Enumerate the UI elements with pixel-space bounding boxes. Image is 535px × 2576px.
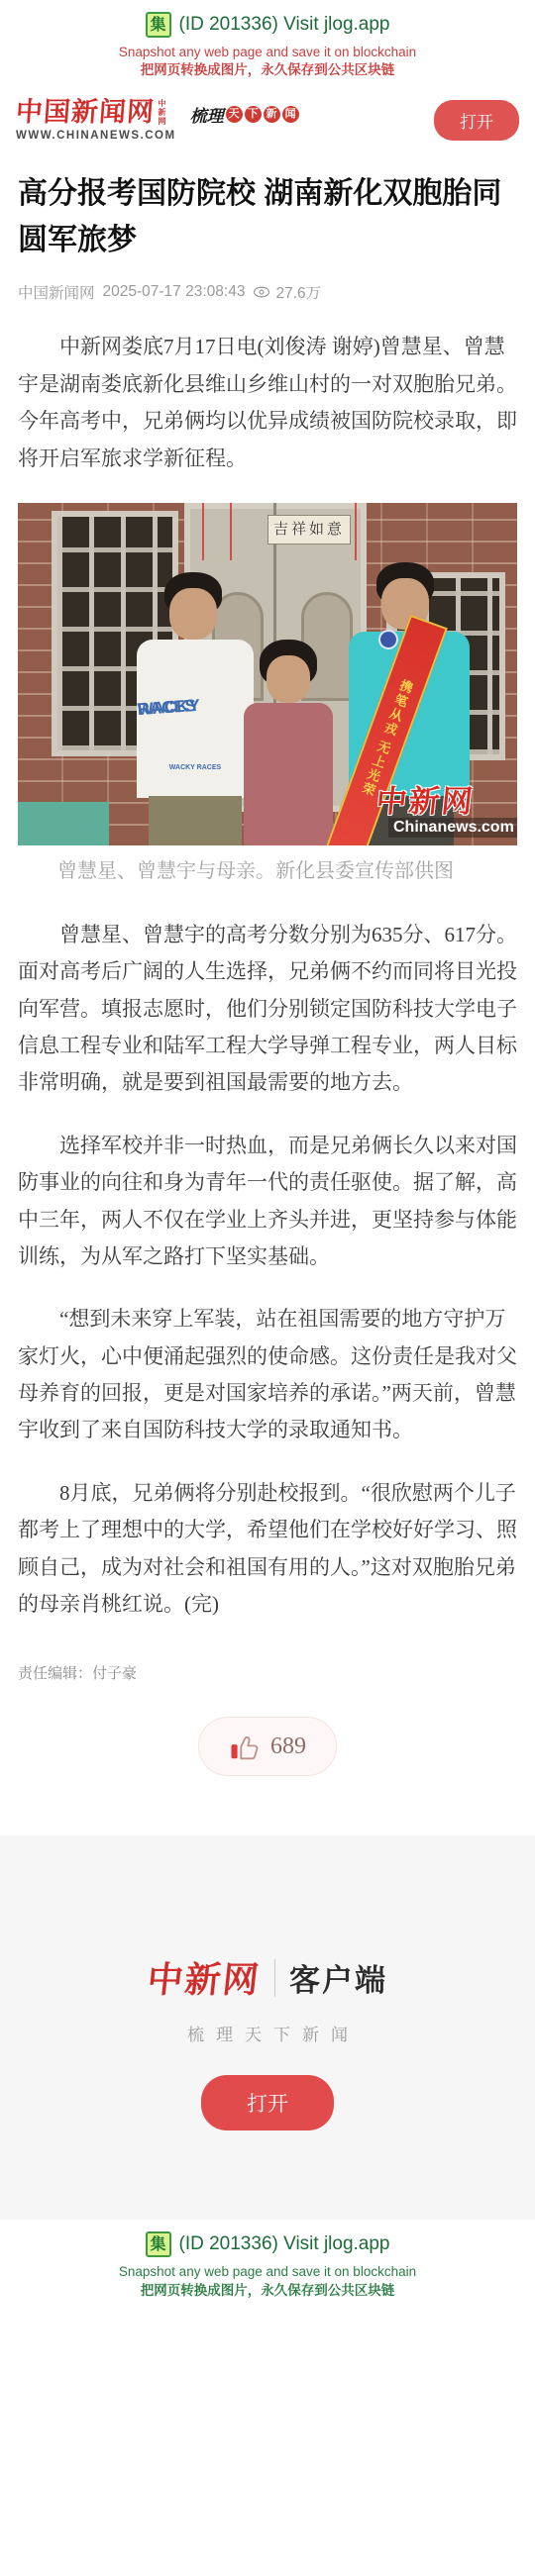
- thumbs-up-icon: [229, 1732, 261, 1761]
- footer-logo: 中新网: [145, 1952, 263, 2003]
- article-paragraph: 选择军校并非一时热血，而是兄弟俩长久以来对国防事业的向往和身为青年一代的责任驱使…: [18, 1128, 517, 1276]
- article-photo: 吉祥如意 WACKY RACES WACKY RACES 携笔从戎 无上光荣 中…: [18, 503, 517, 845]
- like-count: 689: [270, 1734, 306, 1760]
- footer-client-label: 客户端: [289, 1955, 387, 2000]
- article-source: 中国新闻网: [18, 281, 95, 303]
- photo-son-left-face: [169, 588, 217, 640]
- article-datetime: 2025-07-17 23:08:43: [103, 283, 246, 301]
- footer-divider: [274, 1959, 275, 1997]
- photo-mother-face: [267, 655, 310, 703]
- article-paragraph: 中新网娄底7月17日电(刘俊涛 谢婷)曾慧星、曾慧宇是湖南娄底新化县维山乡维山村…: [18, 329, 517, 477]
- photo-mother-shirt: [244, 703, 333, 845]
- photo-streamer: [230, 503, 232, 560]
- slogan-badge: 新: [264, 106, 280, 123]
- photo-streamer: [202, 503, 204, 560]
- logo-side-text: 中新网: [158, 99, 165, 126]
- promo-id-link[interactable]: (ID 201336) Visit jlog.app: [179, 2233, 390, 2255]
- photo-streamer: [355, 503, 357, 560]
- view-count: 27.6万: [275, 281, 321, 303]
- jlog-icon: 集: [146, 2231, 171, 2257]
- slogan-badge: 天: [226, 106, 243, 123]
- tshirt-small-text: WACKY RACES: [137, 764, 254, 771]
- editor-line: 责任编辑：付子豪: [18, 1662, 517, 1683]
- open-app-button-top[interactable]: 打开: [434, 100, 519, 141]
- photo-caption: 曾慧星、曾慧宇与母亲。新化县委宣传部供图: [18, 855, 517, 887]
- slogan-badge: 下: [245, 106, 262, 123]
- photo-son-left-pants: [149, 796, 242, 845]
- article: 高分报考国防院校 湖南新化双胞胎同圆军旅梦 中国新闻网 2025-07-17 2…: [0, 171, 535, 1776]
- photo-mat: [18, 802, 109, 845]
- chinanews-logo[interactable]: 中国新闻网 中新网 WWW.CHINANEWS.COM: [16, 99, 176, 142]
- article-paragraph: 曾慧星、曾慧宇的高考分数分别为635分、617分。面对高考后广阔的人生选择，兄弟…: [18, 917, 517, 1102]
- photo-watermark-logo: 中新网: [374, 776, 478, 821]
- article-meta: 中国新闻网 2025-07-17 23:08:43 27.6万: [18, 281, 517, 303]
- logo-url: WWW.CHINANEWS.COM: [16, 130, 176, 142]
- site-header: 中国新闻网 中新网 WWW.CHINANEWS.COM 梳理 天 下 新 闻 打…: [0, 89, 535, 155]
- promo-banner-bottom: 集 (ID 201336) Visit jlog.app Snapshot an…: [0, 2220, 535, 2309]
- promo-subtitle-zh: 把网页转换成图片，永久保存到公共区块链: [0, 61, 535, 79]
- article-paragraph: 8月底，兄弟俩将分别赴校报到。“很欣慰两个儿子都考上了理想中的大学，希望他们在学…: [18, 1475, 517, 1624]
- promo-subtitle-en: Snapshot any web page and save it on blo…: [0, 44, 535, 61]
- jlog-icon: 集: [146, 12, 171, 38]
- article-paragraph: “想到未来穿上军装，站在祖国需要的地方守护万家灯火，心中便涌起强烈的使命感。这份…: [18, 1301, 517, 1449]
- app-footer: 中新网 客户端 梳理天下新闻 打开: [0, 1835, 535, 2220]
- promo-subtitle-en: Snapshot any web page and save it on blo…: [0, 2263, 535, 2281]
- promo-subtitle-zh: 把网页转换成图片，永久保存到公共区块链: [0, 2282, 535, 2300]
- eye-icon: [253, 285, 270, 299]
- slogan-badge: 闻: [282, 106, 299, 123]
- photo-plaque: 吉祥如意: [267, 515, 351, 545]
- article-title: 高分报考国防院校 湖南新化双胞胎同圆军旅梦: [18, 171, 517, 263]
- promo-banner-top: 集 (ID 201336) Visit jlog.app Snapshot an…: [0, 0, 535, 89]
- slogan-prefix: 梳理: [190, 102, 224, 127]
- logo-main-text: 中国新闻网: [15, 99, 156, 126]
- open-app-button-footer[interactable]: 打开: [201, 2075, 334, 2130]
- tshirt-text: RACES: [137, 697, 197, 720]
- like-button[interactable]: 689: [198, 1717, 337, 1776]
- photo-watermark-url: Chinanews.com: [388, 818, 517, 838]
- promo-id-link[interactable]: (ID 201336) Visit jlog.app: [179, 14, 390, 36]
- footer-slogan: 梳理天下新闻: [0, 2021, 535, 2045]
- photo-son-left-shirt: WACKY RACES WACKY RACES: [137, 640, 254, 798]
- header-slogan: 梳理 天 下 新 闻: [190, 102, 299, 127]
